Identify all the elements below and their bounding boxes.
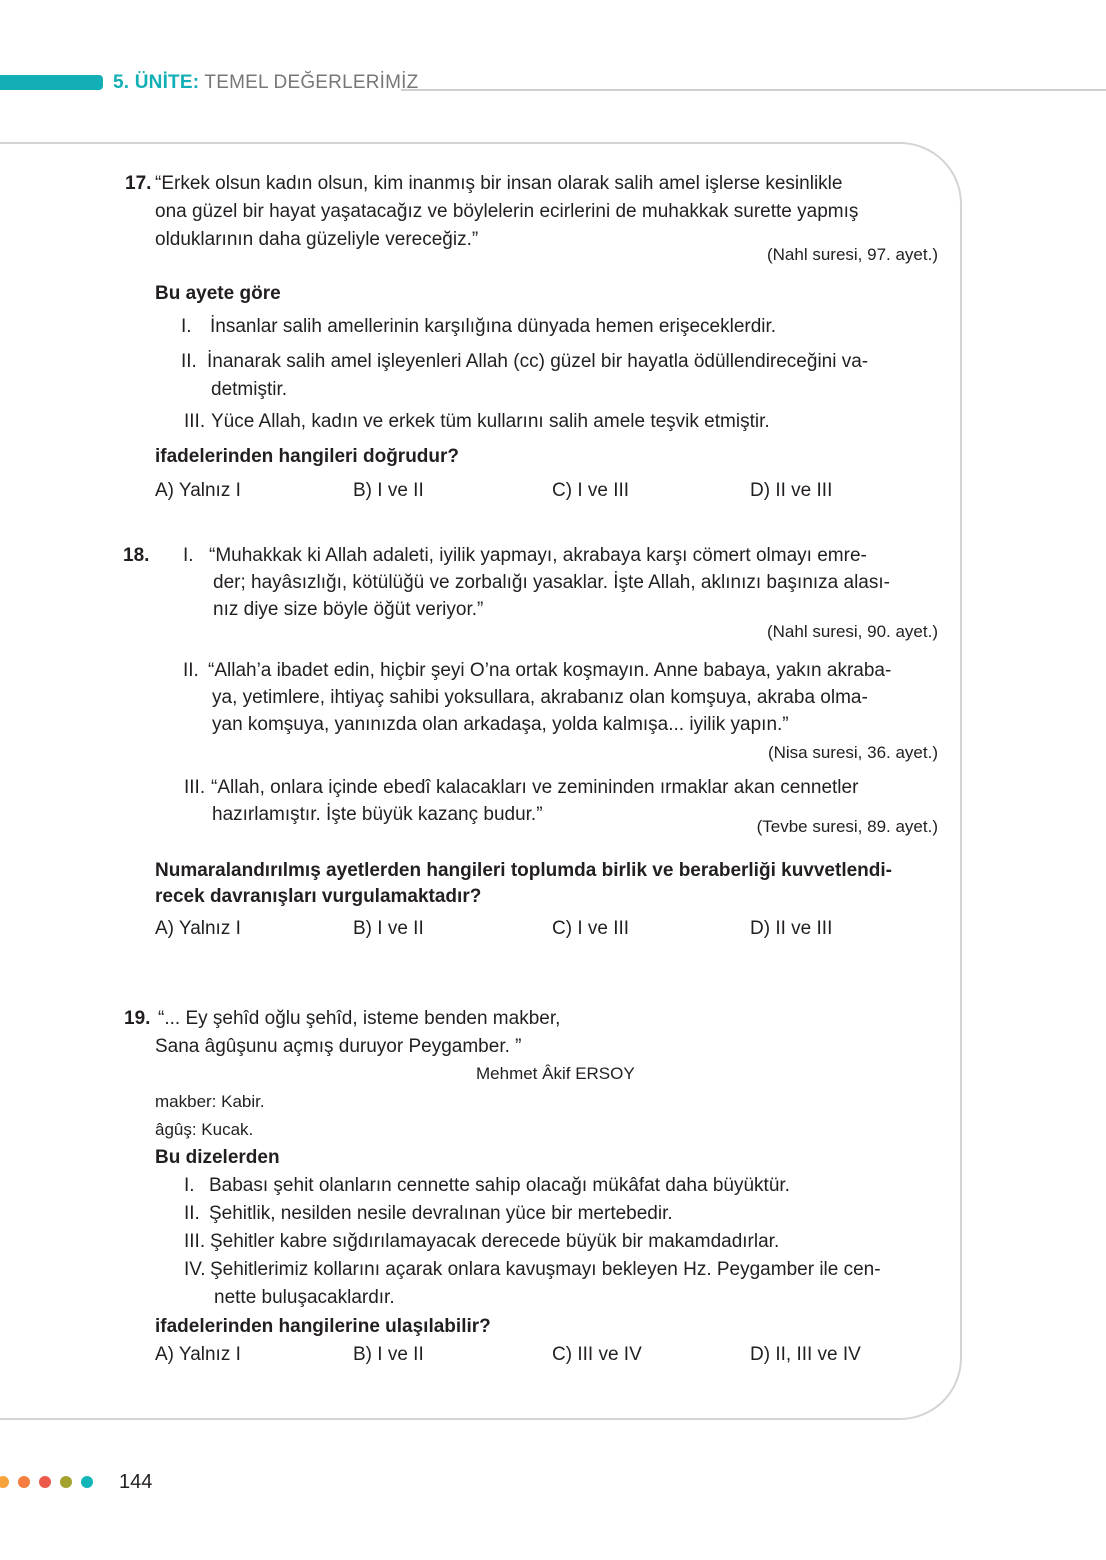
verse-line: der; hayâsızlığı, kötülüğü ve zorbalığı … [213,569,890,596]
statement-text: Şehitlerimiz kollarını açarak onlara kav… [210,1256,881,1283]
statement-text: Yüce Allah, kadın ve erkek tüm kullarını… [211,408,770,435]
poem-line: “... Ey şehîd oğlu şehîd, isteme benden … [158,1005,560,1032]
statement-numeral: IV. [184,1256,206,1283]
verse-line: hazırlamıştır. İşte büyük kazanç budur.” [212,801,543,828]
statement-text: Şehitler kabre sığdırılamayacak derecede… [210,1228,779,1255]
verse-numeral: III. [184,774,205,801]
unit-number: 5. ÜNİTE: [113,72,199,93]
page-number: 144 [119,1471,152,1494]
question-lead: Bu dizelerden [155,1144,280,1171]
footer-dots [0,1476,93,1488]
question-prompt: ifadelerinden hangileri doğrudur? [155,443,459,470]
option-c[interactable]: C) III ve IV [552,1341,642,1368]
decor-dot [0,1476,9,1488]
option-c[interactable]: C) I ve III [552,477,629,504]
option-a[interactable]: A) Yalnız I [155,1341,241,1368]
glossary-entry: makber: Kabir. [155,1090,265,1114]
quote-line: olduklarının daha güzeliyle vereceğiz.” [155,226,478,253]
verse-numeral: II. [183,657,199,684]
decor-dot [18,1476,30,1488]
decor-dot [39,1476,51,1488]
statement-numeral: III. [184,1228,205,1255]
option-c[interactable]: C) I ve III [552,915,629,942]
question-prompt: Numaralandırılmış ayetlerden hangileri t… [155,857,892,884]
quote-line: ona güzel bir hayat yaşatacağız ve böyle… [155,198,858,225]
question-prompt: recek davranışları vurgulamaktadır? [155,883,481,910]
verse-line: yan komşuya, yanınızda olan arkadaşa, yo… [212,711,789,738]
option-b[interactable]: B) I ve II [353,477,424,504]
statement-text: İnsanlar salih amellerinin karşılığına d… [210,313,776,340]
verse-source: (Nisa suresi, 36. ayet.) [768,741,938,765]
option-d[interactable]: D) II, III ve IV [750,1341,861,1368]
question-number: 18. [123,542,149,569]
statement-text: İnanarak salih amel işleyenleri Allah (c… [207,348,868,375]
glossary-entry: âgûş: Kucak. [155,1118,253,1142]
poem-author: Mehmet Âkif ERSOY [476,1062,635,1086]
option-b[interactable]: B) I ve II [353,1341,424,1368]
statement-text: detmiştir. [211,376,287,403]
unit-topic: TEMEL DEĞERLERİMİZ [204,72,418,93]
verse-line: “Muhakkak ki Allah adaleti, iyilik yapma… [209,542,867,569]
statement-text: nette buluşacaklardır. [214,1284,395,1311]
verse-line: “Allah’a ibadet edin, hiçbir şeyi O’na o… [208,657,891,684]
verse-line: “Allah, onlara içinde ebedî kalacakları … [211,774,858,801]
option-a[interactable]: A) Yalnız I [155,477,241,504]
option-b[interactable]: B) I ve II [353,915,424,942]
verse-line: ya, yetimlere, ihtiyaç sahibi yoksullara… [212,684,868,711]
statement-numeral: II. [181,348,197,375]
statement-text: Şehitlik, nesilden nesile devralınan yüc… [209,1200,673,1227]
verse-numeral: I. [183,542,194,569]
statement-numeral: I. [184,1172,195,1199]
poem-line: Sana âgûşunu açmış duruyor Peygamber. ” [155,1033,521,1060]
option-d[interactable]: D) II ve III [750,477,832,504]
decor-dot [81,1476,93,1488]
statement-numeral: II. [184,1200,200,1227]
verse-line: nız diye size böyle öğüt veriyor.” [213,596,483,623]
verse-source: (Tevbe suresi, 89. ayet.) [757,815,938,839]
decor-dot [60,1476,72,1488]
question-number: 19. [124,1005,150,1032]
question-number: 17. [125,170,151,197]
unit-header: 5. ÜNİTE: TEMEL DEĞERLERİMİZ [113,72,418,94]
option-d[interactable]: D) II ve III [750,915,832,942]
option-a[interactable]: A) Yalnız I [155,915,241,942]
question-lead: Bu ayete göre [155,280,281,307]
statement-text: Babası şehit olanların cennette sahip ol… [209,1172,790,1199]
unit-accent-bar [0,75,103,90]
verse-source: (Nahl suresi, 97. ayet.) [767,243,938,267]
header-rule [401,89,1106,91]
question-prompt: ifadelerinden hangilerine ulaşılabilir? [155,1313,491,1340]
statement-numeral: III. [184,408,205,435]
quote-line: “Erkek olsun kadın olsun, kim inanmış bi… [155,170,842,197]
verse-source: (Nahl suresi, 90. ayet.) [767,620,938,644]
statement-numeral: I. [181,313,192,340]
